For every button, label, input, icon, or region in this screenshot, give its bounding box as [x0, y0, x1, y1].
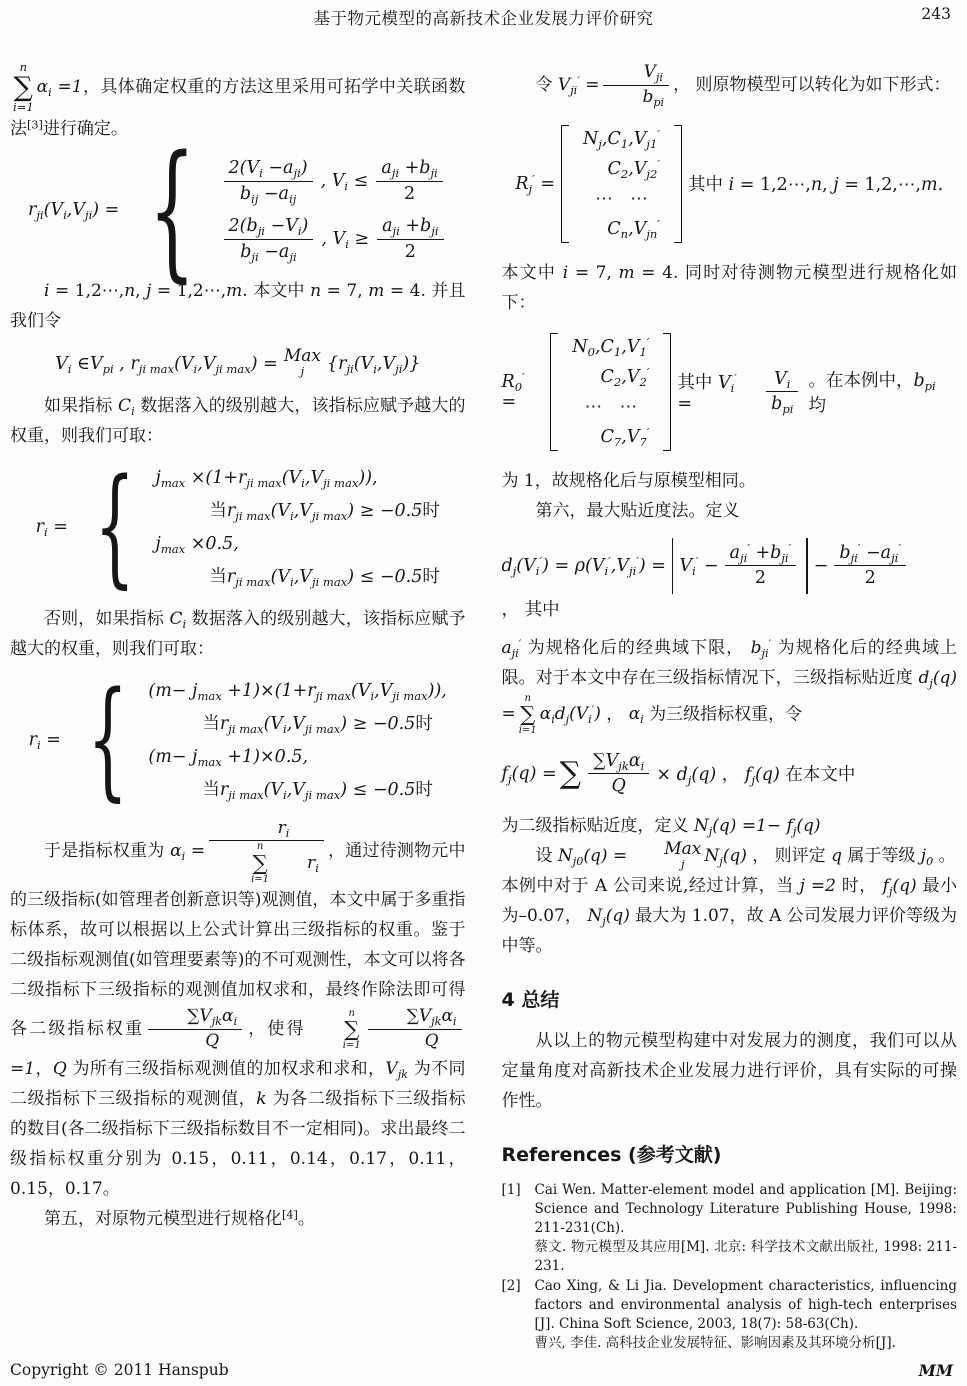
display-formula-ri-2: ri = { (m− jmax +1)×(1+rji max(Vi,Vji ma… [10, 676, 466, 805]
paragraph-let: 令 Vji′ =Vjibpi， 则原物模型可以转化为如下形式： [502, 61, 958, 110]
summation-operator: ∑ [560, 759, 581, 789]
matrix-body: N0,C1,V1′ C2,V2′ ⋯ ⋯ C7,V7′ [564, 330, 657, 454]
paragraph-step6: 第六，最大贴近度法。定义 [502, 496, 958, 526]
reference-item: [1] Cai Wen. Matter-element model and ap… [502, 1181, 958, 1276]
abs-bar [806, 538, 807, 594]
formula-lhs: ri = [29, 730, 61, 750]
paragraph-example: 本例中对于 A 公司来说,经过计算，当 j =2 时， fj(q) 最小为–0.… [502, 871, 958, 961]
fraction-alpha: rin∑i=1ri [209, 817, 324, 886]
paragraph-indices: i = 1,2⋯,n, j = 1,2⋯,m. 本文中 n = 7, m = 4… [10, 276, 466, 336]
paragraph-domain: aji′ 为规格化后的经典域下限， bji′ 为规格化后的经典域上限。对于本文中… [502, 633, 958, 737]
reference-text-en: Cao Xing, & Li Jia. Development characte… [535, 1277, 958, 1334]
paragraph-njq: 为二级指标贴近度，定义 Nj(q) =1− fj(q) [502, 811, 958, 841]
reference-list: [1] Cai Wen. Matter-element model and ap… [502, 1181, 958, 1353]
right-bracket [663, 333, 671, 451]
reference-text-zh: 蔡文. 物元模型及其应用[M]. 北京: 科学技术文献出版社, 1998: 21… [535, 1238, 958, 1276]
paragraph-norm: 本文中 i = 7, m = 4. 同时对待测物元模型进行规格化如下： [502, 258, 958, 318]
paragraph-weight-sum: n ∑ i=1 αi =1，具体确定权重的方法这里采用可拓学中关联函数法[3]进… [10, 61, 466, 144]
column-left: n ∑ i=1 αi =1，具体确定权重的方法这里采用可拓学中关联函数法[3]进… [10, 61, 466, 1354]
formula-lhs: R0′ = [502, 372, 545, 412]
fraction: bji′ −aji′2 [834, 541, 906, 591]
running-head: 基于物元模型的高新技术企业发展力评价研究 243 [0, 0, 967, 35]
page-footer: Copyright © 2011 Hanspub MM [10, 1361, 953, 1380]
paper-page: 基于物元模型的高新技术企业发展力评价研究 243 n ∑ i=1 αi =1，具… [0, 0, 967, 1386]
paragraph-same: 为 1，故规格化后与原模型相同。 [502, 466, 958, 496]
journal-mark: MM [919, 1361, 953, 1380]
case-row: 2(Vi −aji) bij −aij , Vi ≤ aji +bji 2 [220, 156, 448, 206]
max-operator: Max j [284, 348, 321, 378]
paragraph-step5: 第五，对原物元模型进行规格化[4]。 [10, 1204, 466, 1234]
summation-operator: n ∑ i=1 [13, 61, 34, 114]
left-bracket [561, 125, 569, 243]
reference-label: [2] [502, 1277, 526, 1353]
summation-operator: n∑i=1 [217, 841, 269, 885]
display-formula-matrix-R0: R0′ = N0,C1,V1′ C2,V2′ ⋯ ⋯ C7,V7′ 其中 Vi′… [502, 330, 958, 454]
case-row: 2(bji −Vi) bji −aji , Vi ≥ aji +bji 2 [220, 214, 448, 264]
page-number: 243 [921, 5, 951, 23]
paragraph-weights: 于是指标权重为 αi =rin∑i=1ri，通过待测物元中的三级指标(如管理者创… [10, 817, 466, 1204]
right-bracket [674, 125, 682, 243]
display-formula-max: Vi ∈Vpi , rji max(Vi,Vji max) = Max j {r… [10, 348, 466, 378]
abs-bar [672, 538, 673, 594]
fraction: ∑VjkαiQ [588, 749, 649, 799]
formula-lhs: ri = [36, 517, 68, 537]
fraction: aji +bji 2 [376, 156, 442, 206]
running-head-title: 基于物元模型的高新技术企业发展力评价研究 [0, 5, 967, 29]
matrix-body: Nj,C1,Vj1′ C2,Vj2′ ⋯ ⋯ Cn,Vjn′ [575, 122, 668, 246]
display-formula-ri-1: ri = { jmax ×(1+rji max(Vi,Vji max)), 当r… [10, 463, 466, 592]
paragraph-rule1: 如果指标 Ci 数据落入的级别越大，该指标应赋予越大的权重，则我们可取： [10, 391, 466, 451]
fraction: Vjibpi [603, 61, 669, 110]
fraction-weight: ∑VjkαiQ [148, 1005, 242, 1054]
paragraph-text: αi =1，具体确定权重的方法这里采用可拓学中关联函数法[3]进行确定。 [10, 77, 466, 139]
display-formula-fjq: fj(q) = ∑ ∑VjkαiQ × dj(q) ， fj(q) 在本文中 [502, 749, 958, 799]
fraction: aji′ +bji′2 [725, 541, 797, 591]
reference-item: [2] Cao Xing, & Li Jia. Development char… [502, 1277, 958, 1353]
display-formula-distance: dj(Vi′) = ρ(Vi′,Vji′) = Vi′ − aji′ +bji′… [502, 538, 958, 621]
formula-lhs: Rj′ = [515, 174, 555, 194]
paragraph-rule2: 否则，如果指标 Ci 数据落入的级别越大，该指标应赋予越大的权重，则我们可取： [10, 604, 466, 664]
fraction: Vibpi [766, 367, 798, 417]
paragraph-grade: 设 Nj0(q) =MaxjNj(q) ， 则评定 q 属于等级 j0 。 [502, 841, 958, 872]
section-heading-summary: 4 总结 [502, 985, 958, 1012]
paragraph-summary: 从以上的物元模型构建中对发展力的测度，我们可以从定量角度对高新技术企业发展力进行… [502, 1026, 958, 1116]
two-column-body: n ∑ i=1 αi =1，具体确定权重的方法这里采用可拓学中关联函数法[3]进… [0, 61, 967, 1354]
display-formula-matrix-Rj: Rj′ = Nj,C1,Vj1′ C2,Vj2′ ⋯ ⋯ Cn,Vjn′ 其中 … [502, 122, 958, 246]
max-operator: Maxj [630, 841, 701, 871]
left-bracket [550, 333, 558, 451]
summation-operator: n∑i=1 [519, 693, 537, 737]
copyright-text: Copyright © 2011 Hanspub [10, 1361, 229, 1380]
reference-text-zh: 曹兴, 李佳. 高科技企业发展特征、影响因素及其环境分析[J]. [535, 1334, 958, 1353]
fraction-weight: ∑VjkαiQ [368, 1005, 462, 1054]
summation-operator: n∑i=1 [309, 1008, 361, 1052]
formula-condition: 其中 i = 1,2⋯,n, j = 1,2,⋯,m. [688, 171, 943, 196]
display-formula-rji: rji(Vi,Vji) = { 2(Vi −aji) bij −aij , Vi… [10, 156, 466, 264]
fraction: 2(Vi −aji) bij −aij [224, 156, 313, 206]
reference-text-en: Cai Wen. Matter-element model and applic… [535, 1181, 958, 1238]
reference-label: [1] [502, 1181, 526, 1276]
fraction: 2(bji −Vi) bji −aji [224, 214, 314, 264]
fraction: aji +bji 2 [377, 214, 443, 264]
formula-lhs: rji(Vi,Vji) = [28, 200, 119, 220]
references-heading: References (参考文献) [502, 1140, 958, 1167]
column-right: 令 Vji′ =Vjibpi， 则原物模型可以转化为如下形式： Rj′ = Nj… [502, 61, 958, 1354]
formula-condition: 其中 Vi′ = [677, 369, 756, 414]
